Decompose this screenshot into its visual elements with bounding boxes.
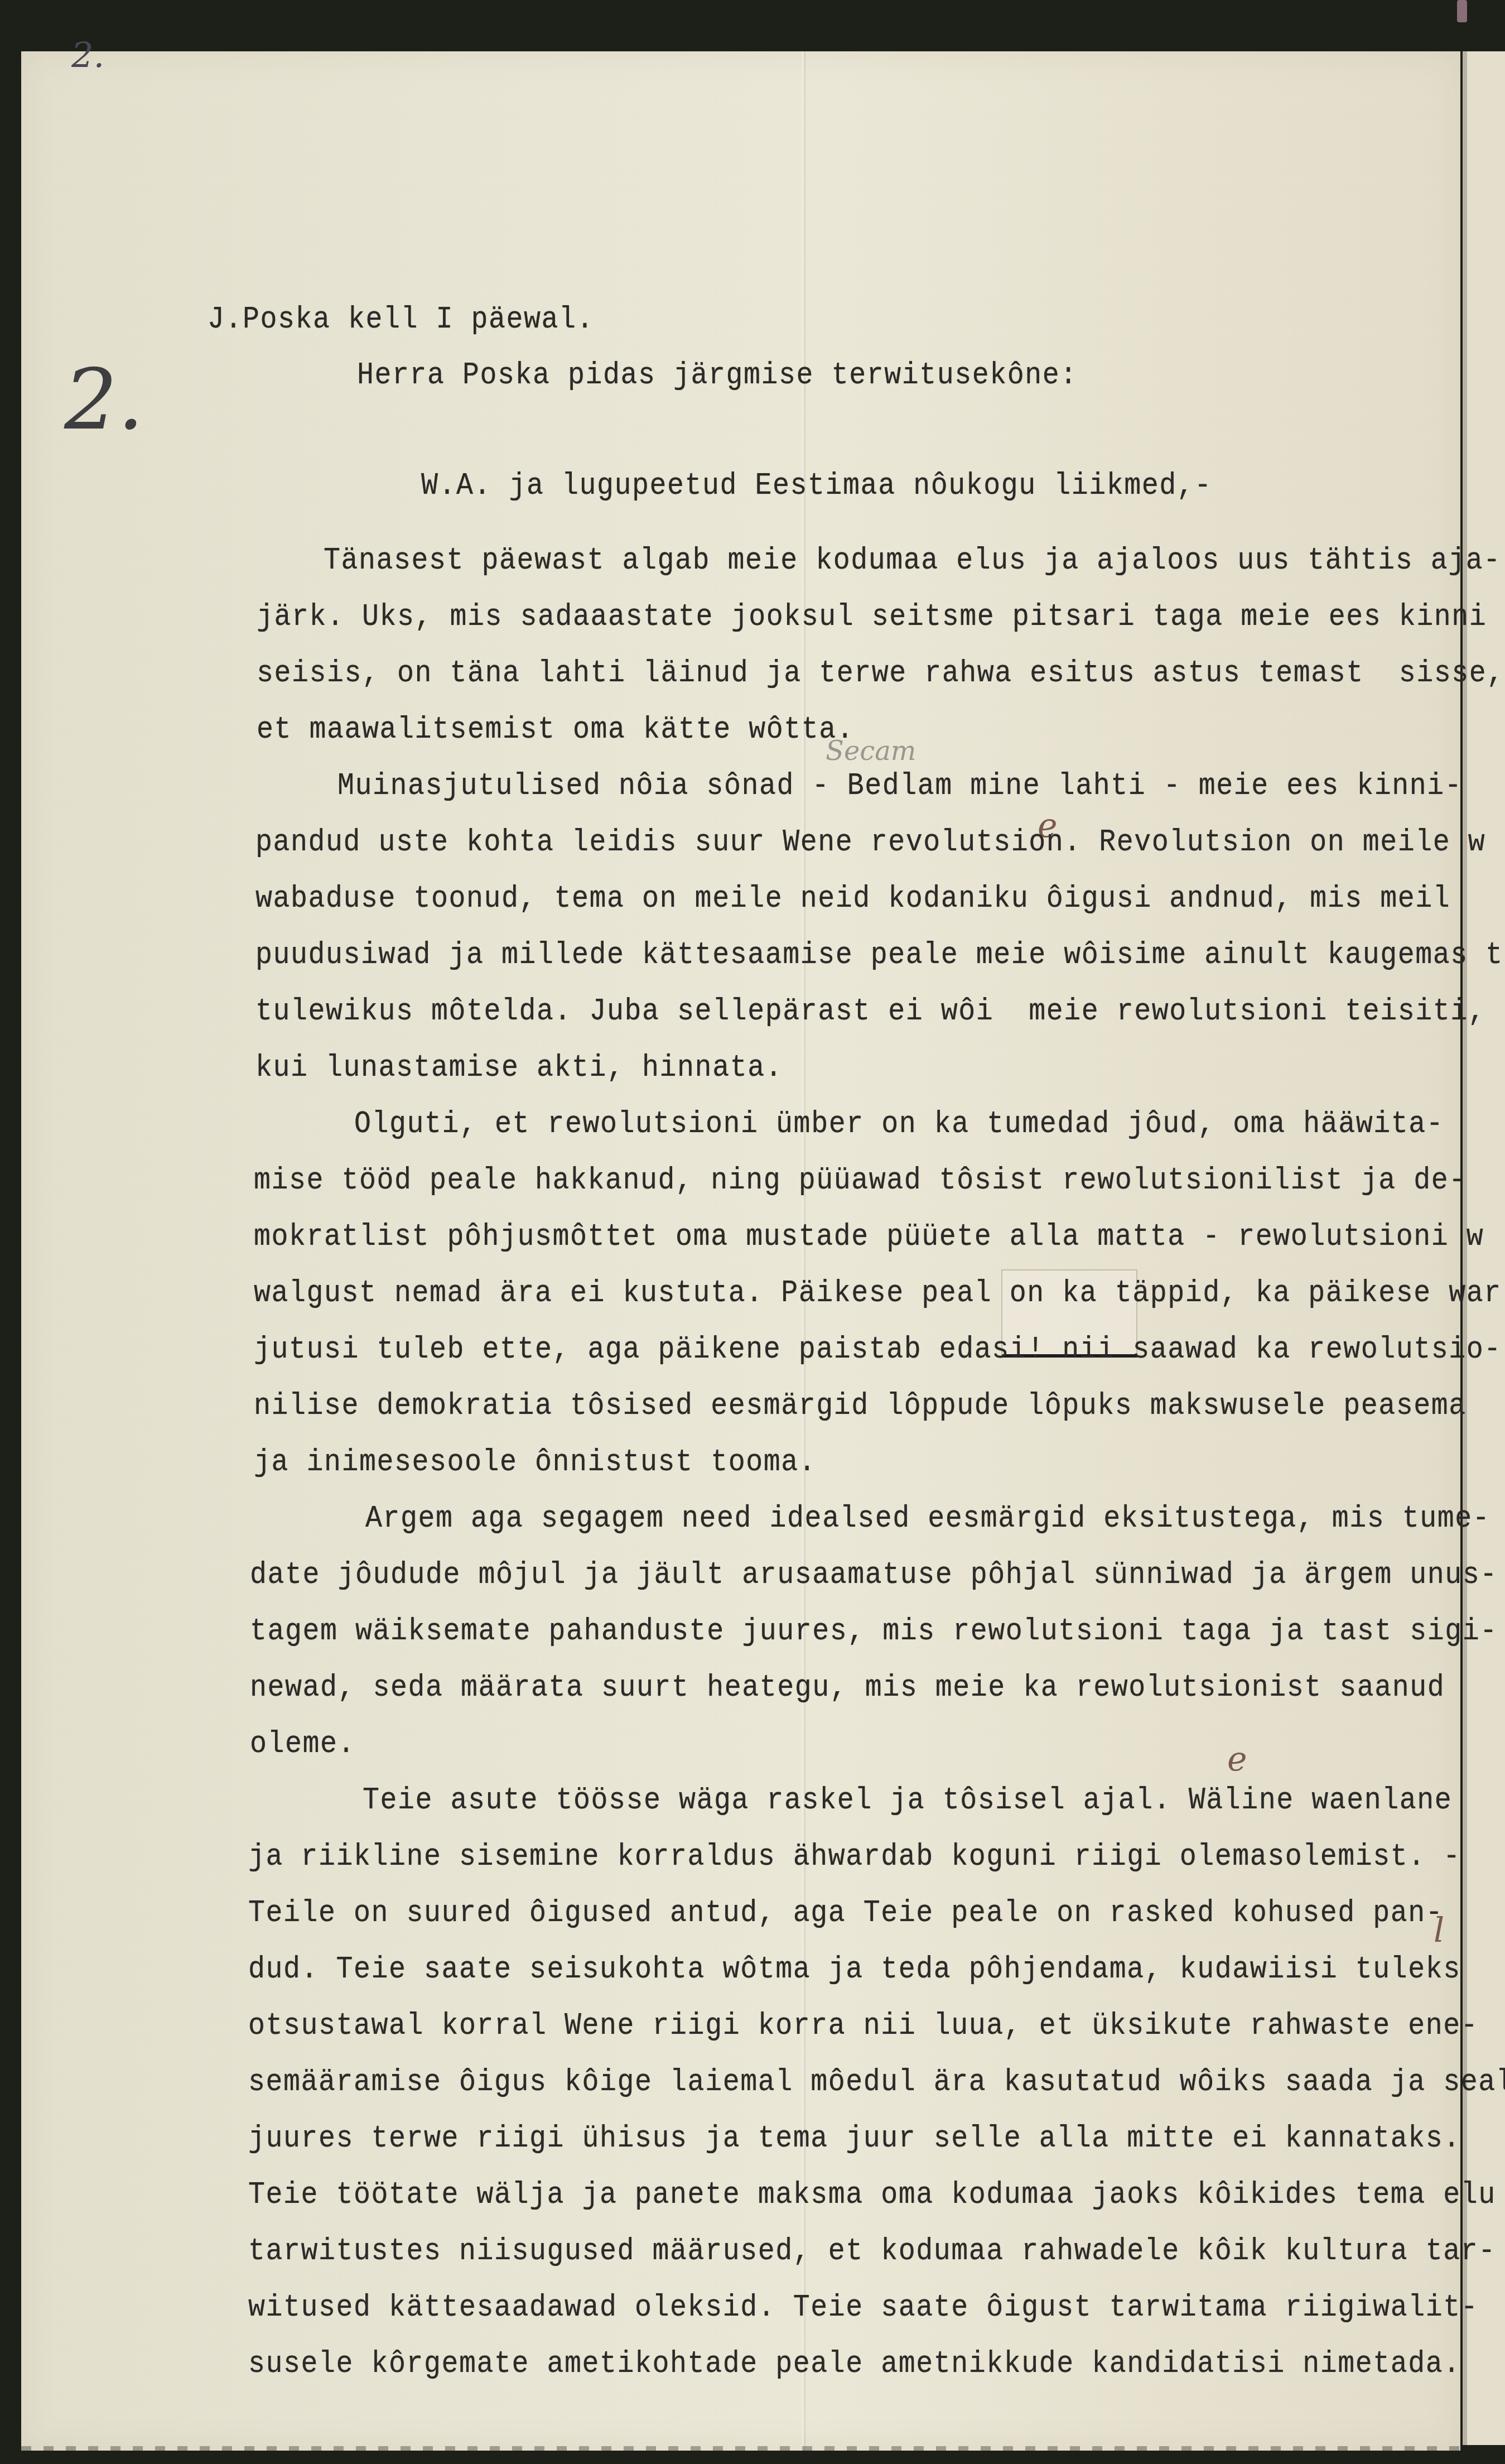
- text-line: Olguti, et rewolutsioni ümber on ka tume…: [354, 1106, 1444, 1143]
- text-line: wabaduse toonud, tema on meile neid koda…: [255, 880, 1450, 918]
- text-line: pandud uste kohta leidis suur Wene revol…: [255, 824, 1485, 862]
- text-line: puudusiwad ja millede kättesaamise peale…: [255, 937, 1503, 974]
- text-line: jutusi tuleb ette, aga päikene paistab e…: [254, 1331, 1502, 1369]
- text-line: järk. Uks, mis sadaaastate jooksul seits…: [257, 599, 1487, 636]
- text-line: juures terwe riigi ühisus ja tema juur s…: [248, 2120, 1461, 2158]
- text-line: ja riikline sisemine korraldus ähwardab …: [248, 1839, 1461, 1876]
- dateline: J.Poska kell I päewal.: [208, 301, 594, 339]
- text-line: mise tööd peale hakkanud, ning püüawad t…: [254, 1162, 1467, 1200]
- text-line: oleme.: [250, 1726, 355, 1763]
- text-line: tagem wäiksemate pahanduste juures, mis …: [250, 1613, 1498, 1650]
- text-line: seisis, on täna lahti läinud ja terwe ra…: [257, 655, 1504, 692]
- text-line: otsustawal korral Wene riigi korra nii l…: [248, 2008, 1478, 2045]
- intro-line: Herra Poska pidas järgmise terwitusekône…: [357, 357, 1078, 394]
- text-line: tarwitustes niisugused määrused, et kodu…: [248, 2233, 1496, 2270]
- text-line: mokratlist pôhjusmôttet oma mustade püüe…: [254, 1219, 1484, 1256]
- text-line: witused kättesaadawad oleksid. Teie saat…: [248, 2289, 1478, 2327]
- text-line: Teie asute töösse wäga raskel ja tôsisel…: [363, 1782, 1452, 1820]
- text-line: ja inimesesoole ônnistust tooma.: [254, 1444, 816, 1481]
- text-line: tulewikus môtelda. Juba sellepärast ei w…: [255, 993, 1485, 1031]
- text-line: Teile on suured ôigused antud, aga Teie …: [248, 1895, 1443, 1932]
- text-line: Tänasest päewast algab meie kodumaa elus…: [324, 542, 1501, 580]
- salutation: W.A. ja lugupeetud Eestimaa nôukogu liik…: [421, 468, 1212, 505]
- text-line: Muinasjutulised nôia sônad - Bedlam mine…: [337, 768, 1462, 805]
- text-line: nilise demokratia tôsised eesmärgid lôpp…: [254, 1388, 1467, 1425]
- text-line: susele kôrgemate ametikohtade peale amet…: [248, 2346, 1461, 2383]
- binding-thread: [1457, 0, 1467, 22]
- text-line: dud. Teie saate seisukohta wôtma ja teda…: [248, 1951, 1461, 1989]
- text-line: kui lunastamise akti, hinnata.: [255, 1050, 783, 1087]
- text-line: date jôudude môjul ja jäult arusaamatuse…: [250, 1557, 1498, 1594]
- text-line: walgust nemad ära ei kustuta. Päikese pe…: [254, 1275, 1505, 1312]
- handwritten-margin-number: 2.: [64, 352, 144, 449]
- text-line: newad, seda määrata suurt heategu, mis m…: [250, 1669, 1445, 1707]
- text-line: Teie töötate wälja ja panete maksma oma …: [248, 2177, 1496, 2214]
- margin-correction-mark: e: [1227, 1740, 1247, 1779]
- text-line: semääramise ôigus kôige laiemal môedul ä…: [248, 2064, 1505, 2101]
- text-line: et maawalitsemist oma kätte wôtta.: [257, 711, 854, 749]
- handwritten-page-number: 2.: [71, 35, 104, 75]
- text-line: Argem aga segagem need idealsed eesmärgi…: [365, 1500, 1490, 1538]
